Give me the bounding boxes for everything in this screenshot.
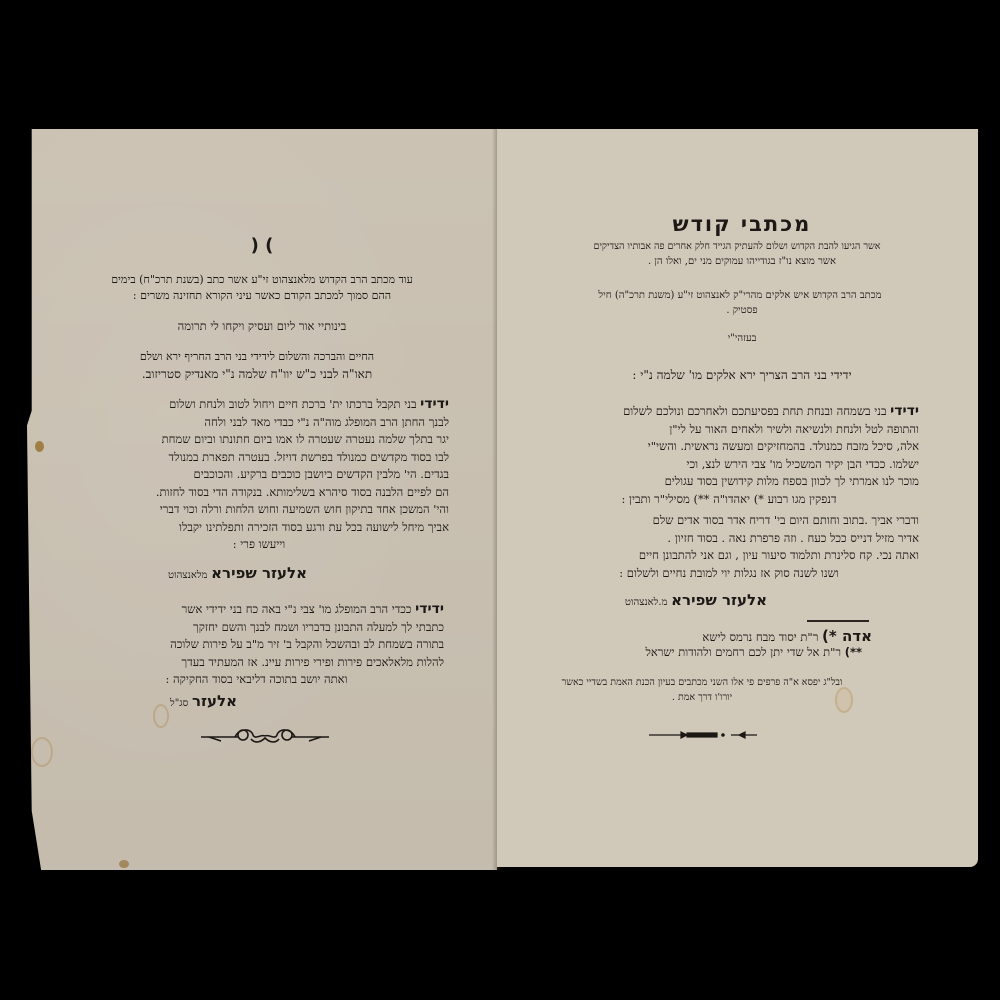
intro-line-2: ההם סמוך למכתב הקודם כאשר עיני הקורא תחז… (87, 289, 437, 303)
left-page: ) ( עוד מכתב הרב הקדוש מלאנצהוט זי"ע אשר… (27, 129, 497, 870)
footnote-2: **) ר"ת אל שדי יתן לכם רחמים ולהודות ישר… (577, 645, 862, 659)
signature-suffix: מלאנצהוט (168, 570, 207, 581)
signature-suffix: מ.לאנצהוט (625, 597, 668, 608)
letter-body-part-1: ידידי בני בשמחה ובנחת תחת בפסיעתכם ולאחר… (539, 403, 919, 508)
closing-line-2: יורו'ו דרך אמת . (647, 691, 757, 705)
letter-body-part-2: ודברי אביך .בתוב וחותם היום בי' דריח אדר… (539, 512, 919, 582)
heading-line-2: פסטיק . (647, 304, 837, 318)
signature-name: אלעזר שפירא (671, 591, 767, 609)
footnote-1: אדה *) ר"ת יסוד מבח נרמס לישא (647, 629, 872, 644)
stain-spot (35, 441, 44, 452)
letter-2-opening: ידידי (415, 601, 444, 617)
heading-line-1: מכתב הרב הקדוש איש אלקים מהרי"ק לאנצהוט … (505, 289, 975, 303)
letter-signature: אלעזר שפירא מ.לאנצהוט (567, 593, 767, 610)
signature-suffix: סג"ל (170, 698, 188, 709)
letter-opening: ידידי (890, 403, 919, 419)
right-page: מכתבי קודש אשר הגיעו להבת הקדוש ושלום לה… (497, 129, 978, 867)
letter-1-body: ידידי בני תקבל ברכתו ית' ברכת חיים ויחול… (69, 396, 449, 554)
greeting-line-1: החיים והברכה והשלום לידידי בני הרב החריף… (97, 350, 417, 364)
letter-2-signature: אלעזר סג"ל (107, 694, 237, 711)
verse-line: בינותיי אור ליום ועסיק ויקחו לי תרומה (117, 319, 407, 333)
stain-ring (31, 737, 53, 767)
signature-name: אלעזר שפירא (211, 564, 307, 582)
place-line: בעזהי"י (667, 332, 817, 346)
closing-line-1: ובל"ג יפסא א"ה פרפים פי אלו השני מכתבים … (532, 676, 872, 690)
stain-ring (835, 687, 853, 713)
letter-2-body: ידידי ככדי הרב המופלג מו' צבי נ"י באה כח… (69, 601, 444, 689)
subtitle-line-2: אשר מוצא נו"ז בגודייהו עמוקים מני ים, וא… (597, 255, 887, 269)
arrow-rule-ornament (647, 730, 759, 740)
intro-line-1: עוד מכתב הרב הקדוש מלאנצהוט זי"ע אשר כתב… (57, 273, 467, 287)
page-title: מכתבי קודש (637, 212, 847, 236)
letter-1-opening: ידידי (420, 396, 449, 412)
signature-name: אלעזר (192, 692, 237, 710)
page-marker: ) ( (27, 239, 497, 253)
stain-ring (153, 704, 169, 728)
stain-spot (119, 860, 129, 868)
subtitle-line-1: אשר הגיעו להבת הקדוש ושלום להעתיק הגייד … (502, 240, 972, 254)
salutation-line: ידידי בני הרב הצריך ירא אלקים מו' שלמה נ… (557, 368, 927, 382)
footnote-separator (807, 620, 869, 622)
scroll-flourish-ornament (199, 726, 331, 748)
greeting-line-2: תאו"ה לבני כ"ש יוו"ח שלמה נ"י מאנדיק סטר… (97, 367, 417, 381)
letter-1-signature: אלעזר שפירא מלאנצהוט (87, 566, 307, 583)
